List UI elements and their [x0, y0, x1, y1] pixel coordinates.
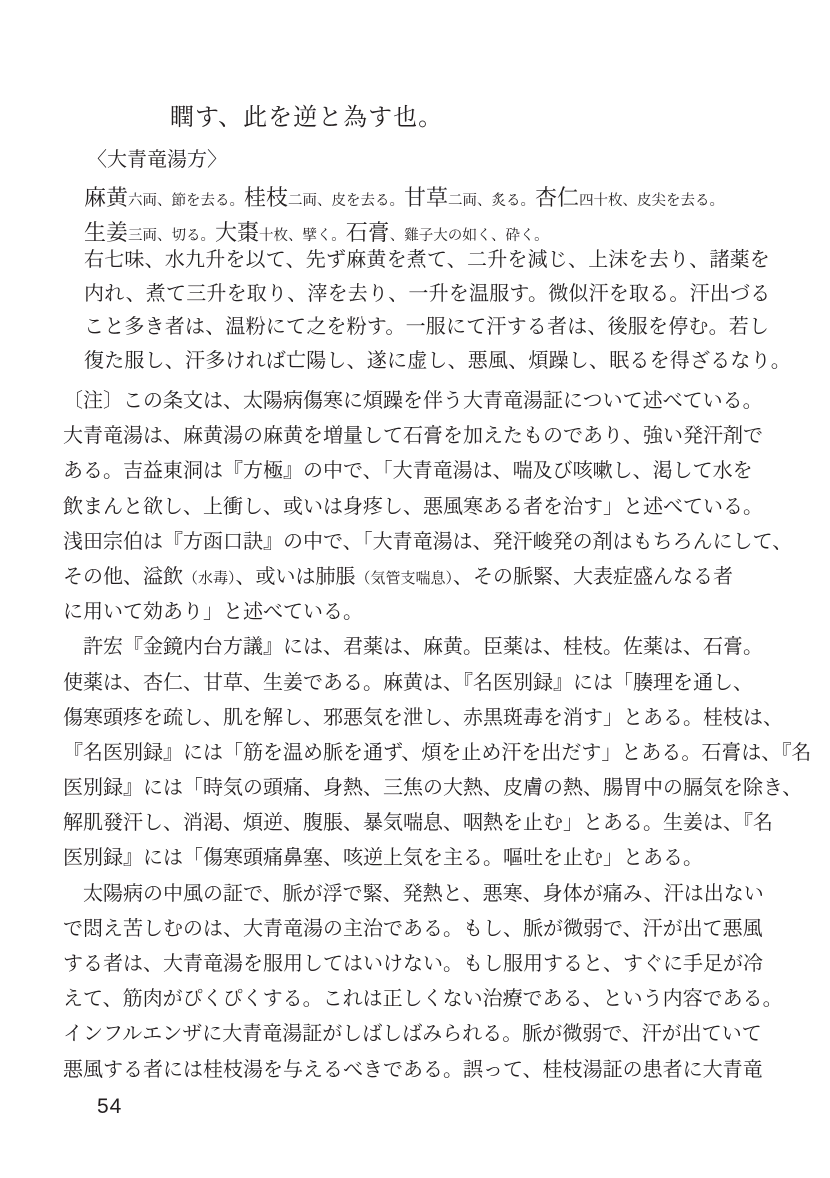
commentary-line: 浅田宗伯は『方函口訣』の中で、「大青竜湯は、発汗峻発の剤はもちろんにして、 [63, 525, 811, 560]
commentary-line: 許宏『金鏡内台方議』には、君薬は、麻黄。臣薬は、桂枝。佐薬は、石膏。 [63, 630, 811, 665]
commentary-line: 解肌發汗し、消渇、煩逆、腹脹、暴気喘息、咽熱を止む」とある。生姜は、『名 [63, 806, 811, 841]
commentary-line: インフルエンザに大青竜湯証がしばしばみられる。脈が微弱で、汗が出ていて [63, 1017, 811, 1052]
commentary-line: 『名医別録』には「筋を温め脈を通ず、煩を止め汗を出だす」とある。石膏は、『名 [63, 736, 811, 771]
parenthetical-gloss: （水毒） [183, 571, 236, 587]
commentary-line: 悪風する者には桂枝湯を与えるべきである。誤って、桂枝湯証の患者に大青竜 [63, 1053, 811, 1088]
kanbun-line: こと多き者は、温粉にて之を粉す。一服にて汗する者は、後服を停む。若し [84, 311, 791, 345]
canonical-text-continuation: 瞤す、此を逆と為す也。 [170, 103, 443, 133]
page-number: 54 [97, 1094, 122, 1120]
kanbun-line: 復た服し、汗多ければ亡陽し、遂に虚し、悪風、煩躁し、眠るを得ざるなり。 [84, 345, 791, 379]
commentary-line: で悶え苦しむのは、大青竜湯の主治である。もし、脈が微弱で、汗が出て悪風 [63, 912, 811, 947]
herb-name: 大棗 [215, 220, 259, 245]
commentary-line: えて、筋肉がぴくぴくする。これは正しくない治療である、という内容である。 [63, 982, 811, 1017]
commentary-line: する者は、大青竜湯を服用してはいけない。もし服用すると、すぐに手足が冷 [63, 947, 811, 982]
commentary-line: 太陽病の中風の証で、脈が浮で緊、発熱と、悪寒、身体が痛み、汗は出ない [63, 877, 811, 912]
commentary-line: 医別録』には「傷寒頭痛鼻塞、咳逆上気を主る。嘔吐を止む」とある。 [63, 841, 811, 876]
herb-instruction: 、雞子大の如く、砕く。 [390, 228, 549, 244]
commentary-text: その他、溢飲 [63, 566, 183, 588]
formula-heading: 〈大青竜湯方〉 [87, 146, 227, 174]
herb-instruction: 三両、切る。 [128, 228, 215, 244]
herb-name: 桂枝 [244, 185, 288, 210]
prescription-line: 麻黄六両、節を去る。桂枝二両、皮を去る。甘草二両、炙る。杏仁四十枚、皮尖を去る。 [84, 180, 724, 215]
herb-instruction: 十枚、擘く。 [259, 228, 346, 244]
commentary-line: 大青竜湯は、麻黄湯の麻黄を増量して石膏を加えたものであり、強い発汗剤で [63, 419, 811, 454]
herb-name: 麻黄 [84, 185, 128, 210]
commentary-text: 、その脈緊、大表症盛んなる者 [453, 566, 733, 588]
commentary-line: 使薬は、杏仁、甘草、生姜である。麻黄は、『名医別録』には「腠理を通し、 [63, 666, 811, 701]
commentary-line: 傷寒頭疼を疏し、肌を解し、邪悪気を泄し、赤黒斑毒を消す」とある。桂枝は、 [63, 701, 811, 736]
book-page: 瞤す、此を逆と為す也。 〈大青竜湯方〉 麻黄六両、節を去る。桂枝二両、皮を去る。… [0, 0, 830, 1178]
herb-instruction: 四十枚、皮尖を去る。 [579, 193, 724, 209]
commentary-line: 医別録』には「時気の頭痛、身熱、三焦の大熱、皮膚の熱、腸胃中の膈気を除き、 [63, 771, 811, 806]
herb-name: 生姜 [84, 220, 128, 245]
herb-name: 甘草 [404, 185, 448, 210]
herb-instruction: 二両、炙る。 [448, 193, 535, 209]
herb-instruction: 二両、皮を去る。 [288, 193, 404, 209]
commentary-line: 〔注〕この条文は、太陽病傷寒に煩躁を伴う大青竜湯証について述べている。 [63, 384, 811, 419]
kanbun-line: 右七味、水九升を以て、先ず麻黄を煮て、二升を減じ、上沫を去り、諸薬を [84, 244, 791, 278]
herb-name: 石膏 [346, 220, 390, 245]
commentary-line: に用いて効あり」と述べている。 [63, 595, 811, 630]
kanbun-line: 内れ、煮て三升を取り、滓を去り、一升を温服す。微似汗を取る。汗出づる [84, 278, 791, 312]
commentary-line: ある。吉益東洞は『方極』の中で、「大青竜湯は、喘及び咳嗽し、渇して水を [63, 454, 811, 489]
commentary-line: その他、溢飲（水毒）、或いは肺脹（気管支喘息）、その脈緊、大表症盛んなる者 [63, 560, 811, 595]
herb-name: 杏仁 [535, 185, 579, 210]
commentary-block: 〔注〕この条文は、太陽病傷寒に煩躁を伴う大青竜湯証について述べている。 大青竜湯… [63, 384, 811, 1088]
herb-instruction: 六両、節を去る。 [128, 193, 244, 209]
commentary-line: 飲まんと欲し、上衝し、或いは身疼し、悪風寒ある者を治す」と述べている。 [63, 490, 811, 525]
parenthetical-gloss: （気管支喘息） [356, 571, 454, 587]
kanbun-instructions-block: 右七味、水九升を以て、先ず麻黄を煮て、二升を減じ、上沫を去り、諸薬を 内れ、煮て… [84, 244, 791, 378]
commentary-text: 、或いは肺脹 [236, 566, 356, 588]
prescription-block: 麻黄六両、節を去る。桂枝二両、皮を去る。甘草二両、炙る。杏仁四十枚、皮尖を去る。… [84, 180, 724, 250]
